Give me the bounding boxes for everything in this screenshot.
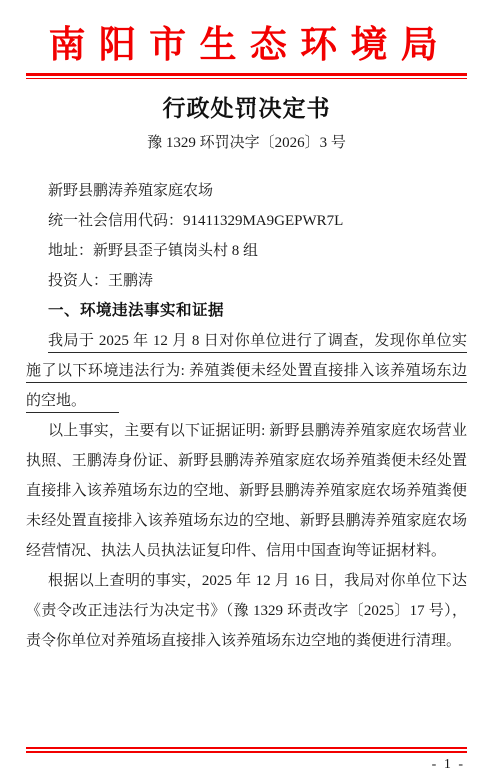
recipient-info-block: 新野县鹏涛养殖家庭农场 统一社会信用代码：91411329MA9GEPWR7L … — [26, 176, 467, 296]
document-reference-number: 豫 1329 环罚决字〔2026〕3 号 — [26, 132, 467, 154]
credit-code-line: 统一社会信用代码：91411329MA9GEPWR7L — [26, 206, 467, 236]
investor-line: 投资人：王鹏涛 — [26, 266, 467, 296]
page-footer: - 1 - — [26, 747, 467, 775]
penalty-decision-document-page: 南阳市生态环境局 行政处罚决定书 豫 1329 环罚决字〔2026〕3 号 新野… — [0, 0, 493, 777]
section-heading-facts-and-evidence: 一、环境违法事实和证据 — [26, 296, 467, 326]
evidence-list-paragraph: 以上事实，主要有以下证据证明: 新野县鹏涛养殖家庭农场营业执照、王鹏涛身份证、新… — [26, 416, 467, 566]
issuing-authority-title: 南阳市生态环境局 — [26, 25, 467, 66]
correction-order-paragraph: 根据以上查明的事实，2025 年 12 月 16 日，我局对你单位下达《责令改正… — [26, 566, 467, 656]
page-number: - 1 - — [26, 755, 467, 775]
footer-red-divider-line — [26, 747, 467, 753]
investor-label: 投资人： — [48, 273, 108, 289]
underlined-violation-statement: 我局于 2025 年 12 月 8 日对你单位进行了调查，发现你单位实施了以下环… — [26, 333, 467, 413]
recipient-name: 新野县鹏涛养殖家庭农场 — [48, 183, 213, 199]
credit-code-label: 统一社会信用代码： — [48, 213, 183, 229]
address-line: 地址：新野县歪子镇岗头村 8 组 — [26, 236, 467, 266]
address-value: 新野县歪子镇岗头村 8 组 — [93, 243, 258, 259]
header-red-divider-line — [26, 73, 467, 79]
investor-value: 王鹏涛 — [108, 273, 153, 289]
credit-code-value: 91411329MA9GEPWR7L — [183, 213, 343, 229]
violation-finding-paragraph: 我局于 2025 年 12 月 8 日对你单位进行了调查，发现你单位实施了以下环… — [26, 326, 467, 416]
document-title: 行政处罚决定书 — [26, 94, 467, 124]
address-label: 地址： — [48, 243, 93, 259]
recipient-name-line: 新野县鹏涛养殖家庭农场 — [26, 176, 467, 206]
